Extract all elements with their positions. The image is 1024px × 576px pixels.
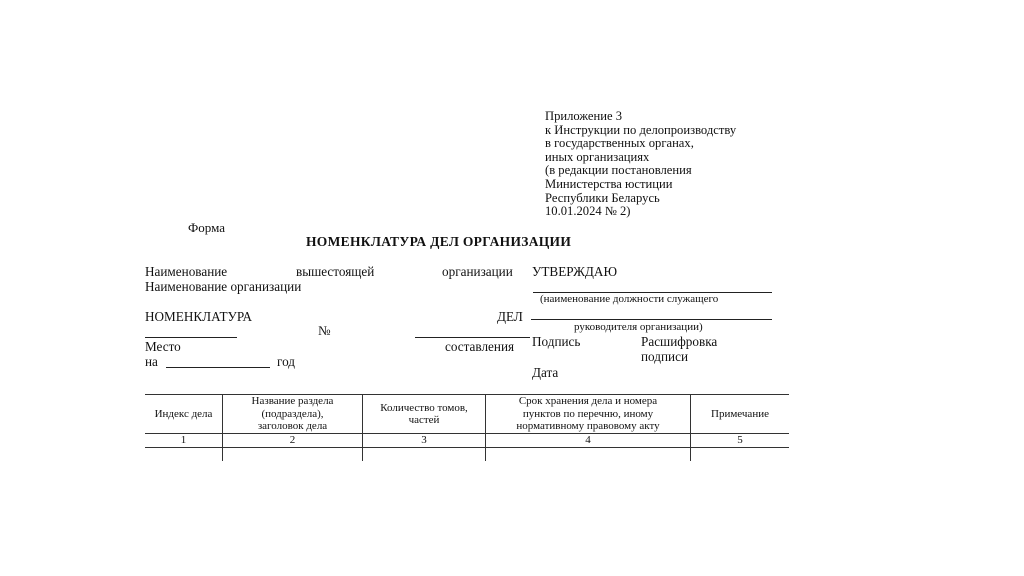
- year-field: [166, 367, 270, 368]
- column-number: 3: [363, 434, 486, 448]
- parent-org-word-1: Наименование: [145, 264, 227, 280]
- signature-decoding-label: Расшифровка: [641, 334, 717, 350]
- table-cell[interactable]: [691, 447, 790, 461]
- del-word: ДЕЛ: [497, 309, 523, 325]
- column-header-title: Название раздела (подраздела), заголовок…: [223, 395, 363, 434]
- table-row: [145, 447, 789, 461]
- header-text: Примечание: [711, 408, 769, 420]
- table-cell[interactable]: [486, 447, 691, 461]
- document-title: НОМЕНКЛАТУРА ДЕЛ ОРГАНИЗАЦИИ: [306, 234, 571, 250]
- appendix-reference: Приложение 3 к Инструкции по делопроизво…: [545, 110, 736, 219]
- appendix-line: к Инструкции по делопроизводству: [545, 124, 736, 138]
- position-hint-line-1: (наименование должности служащего: [540, 293, 718, 305]
- parent-org-word-3: организации: [442, 264, 513, 280]
- table-cell[interactable]: [223, 447, 363, 461]
- column-number-row: 1 2 3 4 5: [145, 434, 789, 448]
- column-header-index: Индекс дела: [145, 395, 223, 434]
- signature-decoding-label-2: подписи: [641, 349, 688, 365]
- place-word: Место: [145, 339, 181, 355]
- column-header-volumes: Количество томов, частей: [363, 395, 486, 434]
- head-of-org-field: [531, 319, 772, 320]
- header-text: Индекс дела: [155, 408, 213, 420]
- nomenclature-number-field: [415, 337, 530, 338]
- header-text: заголовок дела: [258, 420, 327, 432]
- header-text: Срок хранения дела и номера: [519, 395, 657, 407]
- appendix-line: Республики Беларусь: [545, 192, 736, 206]
- header-text: нормативному правовому акту: [516, 420, 659, 432]
- appendix-line: 10.01.2024 № 2): [545, 205, 736, 219]
- column-number: 2: [223, 434, 363, 448]
- parent-org-word-2: вышестоящей: [296, 264, 374, 280]
- header-text: Название раздела: [252, 395, 334, 407]
- nomenclature-table: Индекс дела Название раздела (подраздела…: [145, 394, 789, 461]
- column-number: 4: [486, 434, 691, 448]
- appendix-line: Приложение 3: [545, 110, 736, 124]
- date-label: Дата: [532, 365, 558, 381]
- approve-label: УТВЕРЖДАЮ: [532, 264, 617, 280]
- column-header-notes: Примечание: [691, 395, 790, 434]
- column-header-retention: Срок хранения дела и номера пунктов по п…: [486, 395, 691, 434]
- header-text: (подраздела),: [261, 408, 323, 420]
- column-number: 5: [691, 434, 790, 448]
- header-text: частей: [409, 414, 440, 426]
- compilation-word: составления: [445, 339, 514, 355]
- header-text: пунктов по перечню, иному: [523, 408, 653, 420]
- column-number: 1: [145, 434, 223, 448]
- table-cell[interactable]: [145, 447, 223, 461]
- nomenclature-index-field: [145, 337, 237, 338]
- appendix-line: Министерства юстиции: [545, 178, 736, 192]
- appendix-line: иных организациях: [545, 151, 736, 165]
- appendix-line: в государственных органах,: [545, 137, 736, 151]
- year-prefix: на: [145, 354, 158, 370]
- number-sign: №: [318, 323, 331, 339]
- form-label: Форма: [188, 220, 225, 236]
- signature-label: Подпись: [532, 334, 580, 350]
- year-suffix: год: [277, 354, 295, 370]
- position-hint-line-2: руководителя организации): [574, 321, 703, 333]
- table-header-row: Индекс дела Название раздела (подраздела…: [145, 395, 789, 434]
- org-name-label: Наименование организации: [145, 279, 301, 295]
- header-text: Количество томов,: [380, 402, 468, 414]
- nomenclature-word: НОМЕНКЛАТУРА: [145, 309, 252, 325]
- appendix-line: (в редакции постановления: [545, 164, 736, 178]
- table-cell[interactable]: [363, 447, 486, 461]
